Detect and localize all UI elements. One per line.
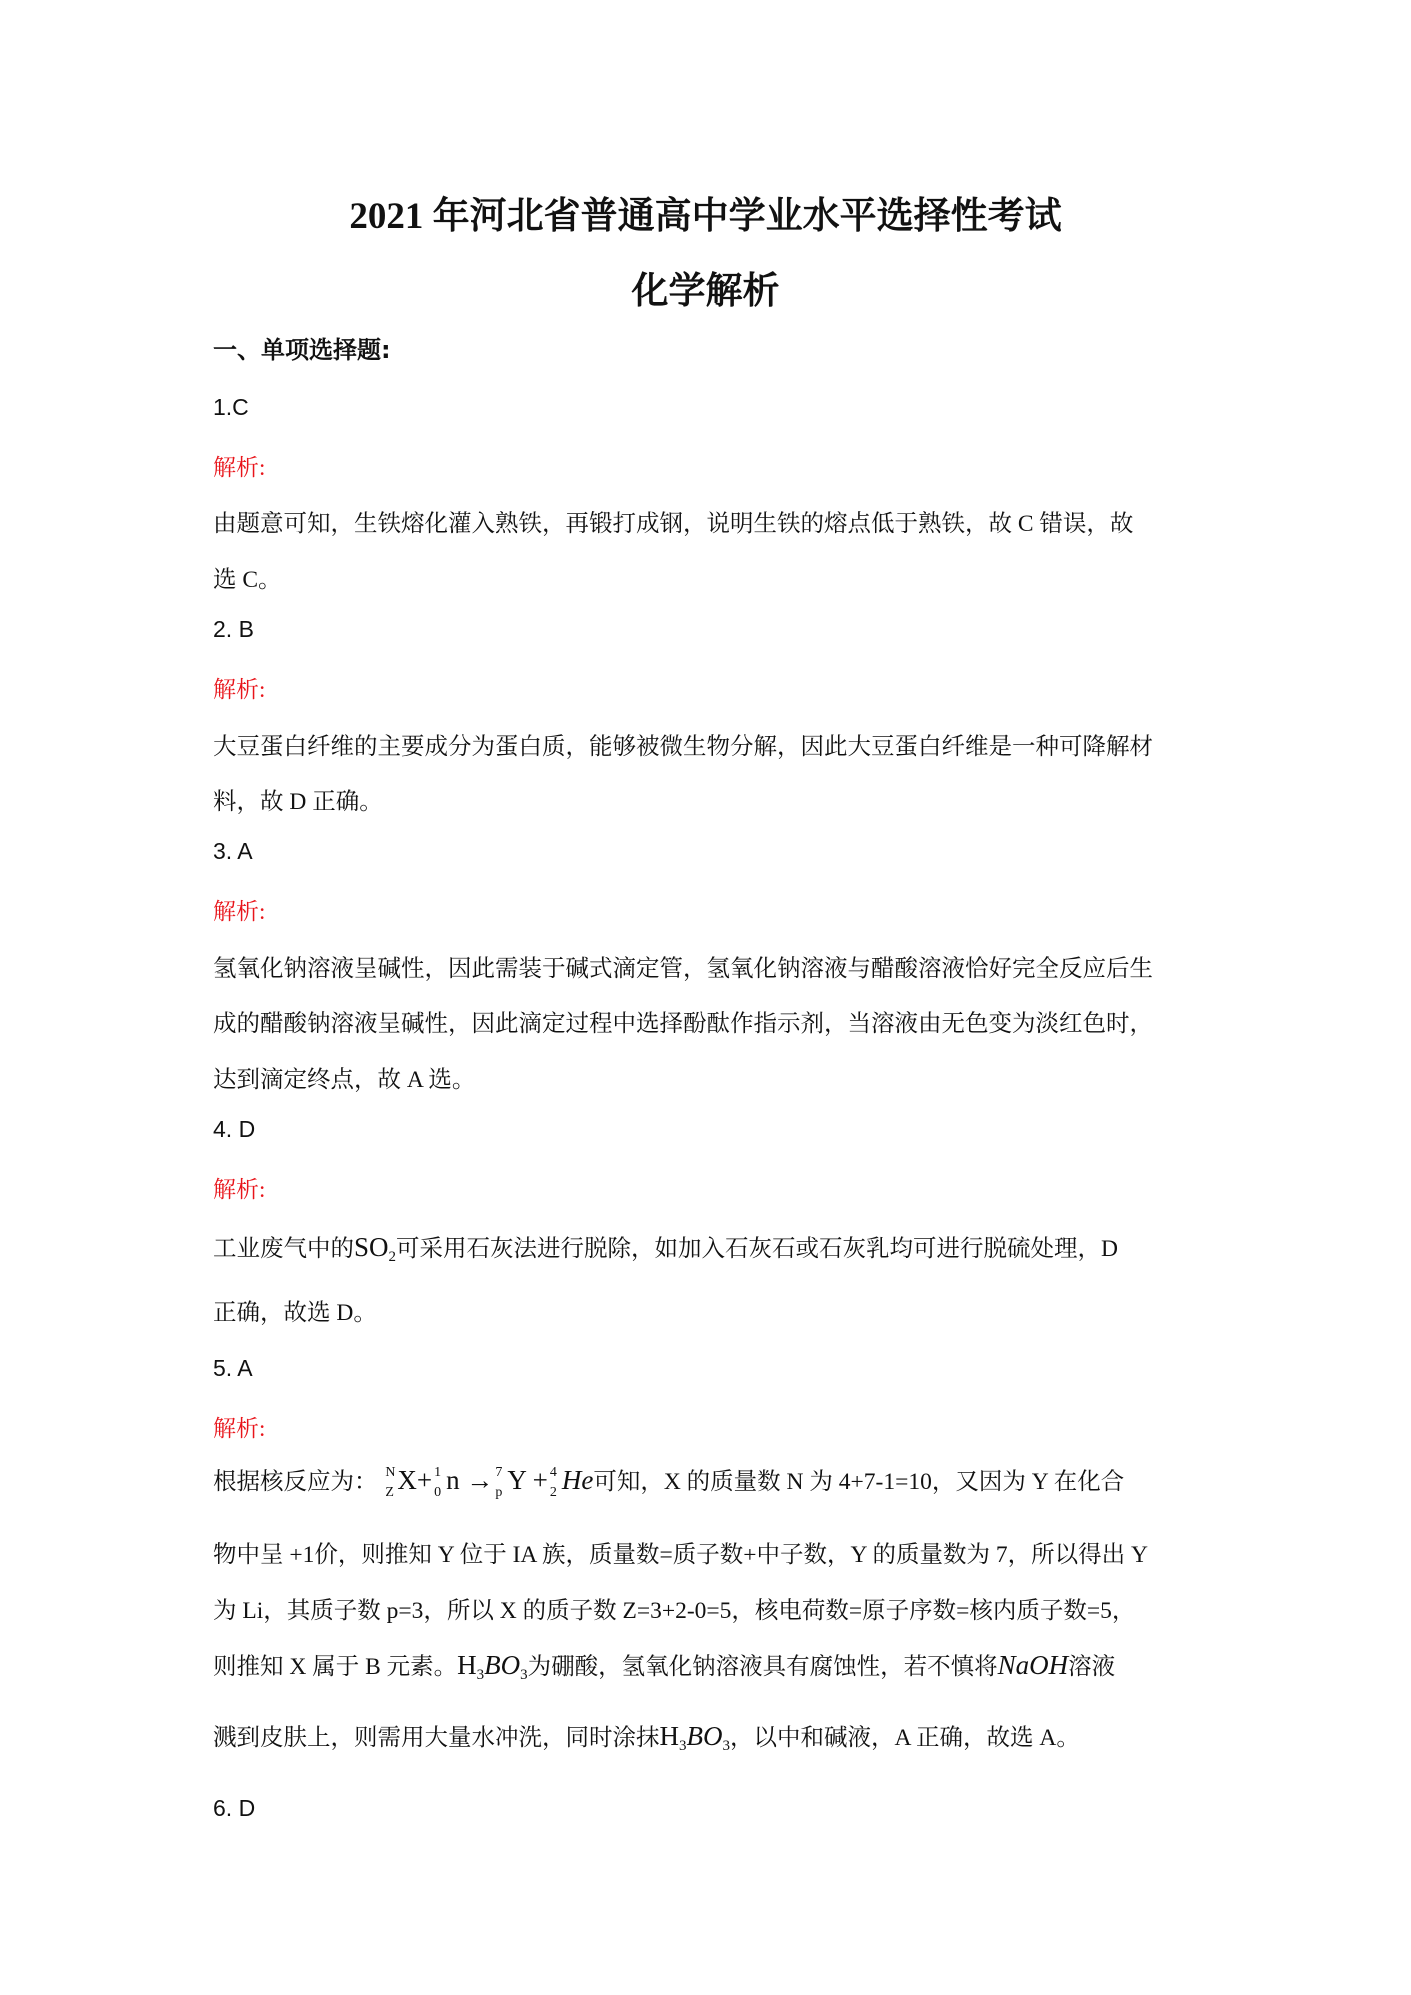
text-segment: 溅到皮肤上，则需用大量水冲洗，同时涂抹 — [213, 1725, 660, 1751]
element-symbol: X — [397, 1465, 417, 1495]
text-segment: 可知，X 的质量数 N 为 4+7-1=10，又因为 Y 在化合 — [593, 1469, 1124, 1495]
formula-main: H — [660, 1721, 680, 1751]
analysis-text-4-line1: 工业废气中的SO2可采用石灰法进行脱除，如加入石灰石或石灰乳均可进行脱硫处理，D — [213, 1229, 1118, 1266]
text-segment: 可采用石灰法进行脱除，如加入石灰石或石灰乳均可进行脱硫处理，D — [396, 1236, 1118, 1262]
document-title: 2021 年河北省普通高中学业水平选择性考试 — [0, 185, 1411, 239]
plus-sign: + — [417, 1465, 432, 1495]
formula-subscript: 3 — [723, 1738, 731, 1754]
atomic-number: 2 — [550, 1486, 557, 1500]
analysis-text-5-line2: 物中呈 +1价，则推知 Y 位于 IA 族，质量数=质子数+中子数，Y 的质量数… — [213, 1535, 1148, 1569]
question-number-3: 3. A — [213, 838, 253, 865]
analysis-text-4-line2: 正确，故选 D。 — [213, 1293, 377, 1327]
section-heading: 一、单项选择题: — [213, 330, 391, 365]
formula-main: H — [457, 1650, 477, 1680]
formula-h3bo3: H3BO3 — [457, 1650, 528, 1680]
text-segment: 根据核反应为： — [213, 1469, 378, 1495]
analysis-label-3: 解析: — [213, 893, 265, 926]
arrow-icon: → — [466, 1465, 493, 1495]
text-segment: 工业废气中的 — [213, 1236, 354, 1262]
question-number-2: 2. B — [213, 616, 254, 643]
mass-number: 1 — [434, 1466, 441, 1480]
analysis-label-4: 解析: — [213, 1171, 265, 1204]
formula-main: BO — [687, 1721, 723, 1751]
nuclear-reaction-equation: NZX+10n →7pY +42He — [383, 1465, 593, 1495]
text-segment: 为硼酸，氢氧化钠溶液具有腐蚀性，若不慎将 — [528, 1654, 998, 1680]
analysis-text-5-line3: 为 Li，其质子数 p=3，所以 X 的质子数 Z=3+2-0=5，核电荷数=原… — [213, 1591, 1135, 1625]
isotope-notation: 42 — [548, 1466, 562, 1500]
analysis-label-2: 解析: — [213, 671, 265, 704]
mass-number: 4 — [550, 1466, 557, 1480]
formula-main: BO — [484, 1650, 520, 1680]
analysis-text-3-line3: 达到滴定终点，故 A 选。 — [213, 1060, 475, 1094]
question-number-5: 5. A — [213, 1355, 253, 1382]
analysis-text-3-line1: 氢氧化钠溶液呈碱性，因此需装于碱式滴定管，氢氧化钠溶液与醋酸溶液恰好完全反应后生 — [213, 949, 1153, 983]
analysis-text-5-line1: 根据核反应为： NZX+10n →7pY +42He可知，X 的质量数 N 为 … — [213, 1462, 1124, 1500]
atomic-number: 0 — [434, 1486, 441, 1500]
element-symbol: n — [446, 1465, 460, 1495]
analysis-text-5-line5: 溅到皮肤上，则需用大量水冲洗，同时涂抹H3BO3，以中和碱液，A 正确，故选 A… — [213, 1718, 1080, 1755]
document-page: 2021 年河北省普通高中学业水平选择性考试 化学解析 一、单项选择题: 1.C… — [0, 0, 1411, 1995]
formula-subscript: 3 — [520, 1667, 528, 1683]
question-number-1: 1.C — [213, 394, 249, 421]
mass-number: N — [385, 1466, 395, 1480]
formula-naoh: NaOH — [998, 1650, 1069, 1680]
question-number-6: 6. D — [213, 1795, 255, 1822]
analysis-text-5-line4: 则推知 X 属于 B 元素。H3BO3为硼酸，氢氧化钠溶液具有腐蚀性，若不慎将N… — [213, 1647, 1115, 1684]
question-number-4: 4. D — [213, 1116, 255, 1143]
analysis-text-2-line2: 料，故 D 正确。 — [213, 782, 383, 816]
formula-subscript: 2 — [389, 1249, 397, 1265]
formula-h3bo3: H3BO3 — [660, 1721, 731, 1751]
formula-so2: SO2 — [354, 1232, 396, 1262]
text-segment: 则推知 X 属于 B 元素。 — [213, 1654, 457, 1680]
mass-number: 7 — [495, 1466, 502, 1480]
isotope-notation: 7p — [493, 1466, 507, 1500]
atomic-number: p — [495, 1486, 502, 1500]
plus-sign: + — [533, 1465, 548, 1495]
formula-main: SO — [354, 1232, 389, 1262]
document-subtitle: 化学解析 — [0, 260, 1411, 314]
isotope-notation: NZ — [383, 1466, 397, 1500]
analysis-text-3-line2: 成的醋酸钠溶液呈碱性，因此滴定过程中选择酚酞作指示剂，当溶液由无色变为淡红色时， — [213, 1004, 1153, 1038]
isotope-notation: 10 — [432, 1466, 446, 1500]
atomic-number: Z — [385, 1486, 394, 1500]
text-segment: ，以中和碱液，A 正确，故选 A。 — [730, 1725, 1080, 1751]
analysis-text-1-line1: 由题意可知，生铁熔化灌入熟铁，再锻打成钢，说明生铁的熔点低于熟铁，故 C 错误，… — [213, 504, 1133, 538]
analysis-label-1: 解析: — [213, 449, 265, 482]
analysis-text-1-line2: 选 C。 — [213, 560, 282, 594]
analysis-label-5: 解析: — [213, 1410, 265, 1443]
element-symbol: He — [562, 1465, 593, 1495]
text-segment: 溶液 — [1068, 1654, 1115, 1680]
element-symbol: Y — [507, 1465, 526, 1495]
analysis-text-2-line1: 大豆蛋白纤维的主要成分为蛋白质，能够被微生物分解，因此大豆蛋白纤维是一种可降解材 — [213, 727, 1153, 761]
formula-subscript: 3 — [679, 1738, 687, 1754]
